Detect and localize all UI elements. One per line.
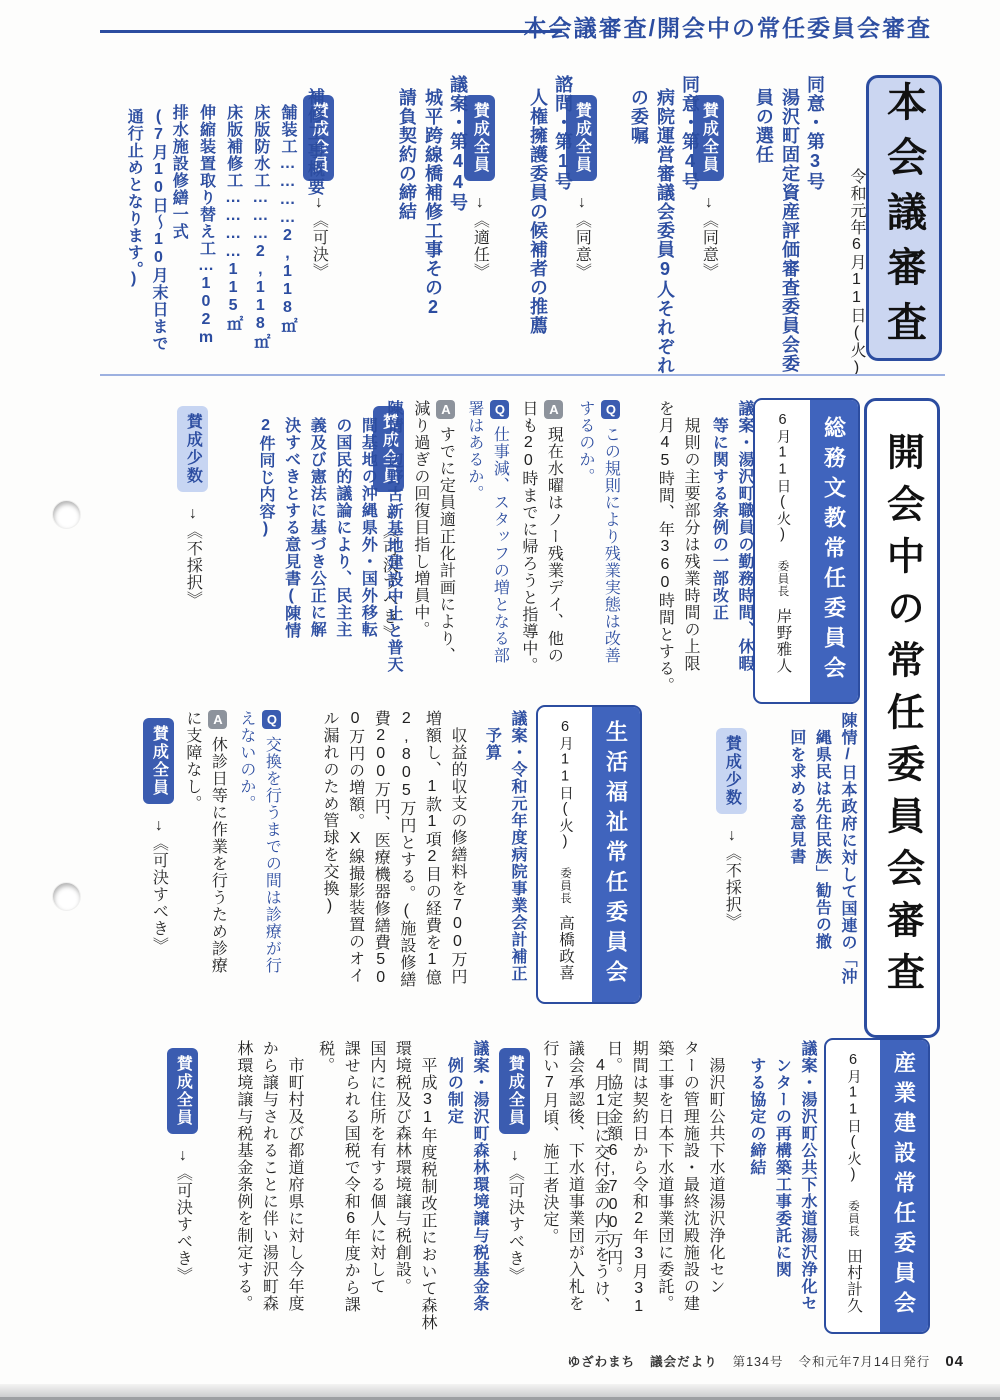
vote-block: 賛成全員↓《可決すべき》 xyxy=(143,718,200,954)
agenda-no: 同意・第4号 xyxy=(677,75,703,191)
committee-meta: 6月11日(火)委員長高橋政喜 xyxy=(538,707,592,1002)
vote-result: ↓《可決すべき》 xyxy=(150,817,167,954)
committee-meta: 6月11日(火)委員長岸野雅人 xyxy=(755,400,810,702)
hole-punch xyxy=(53,883,80,910)
chair-name: 高橋政喜 xyxy=(557,915,574,981)
body-paragraph: 収益的収支の修繕料を700万円 増額し、1款1項2目の経費を1億 2,805万円… xyxy=(316,710,470,988)
works-heading: 補修工事概要 xyxy=(301,88,328,196)
agenda-no: 諮問・第1号 xyxy=(550,75,576,191)
standing-section-title: 開会中の常任委員会審査 xyxy=(875,432,930,1004)
committee-name: 生活福祉常任委員会 xyxy=(601,720,632,990)
committee-name-bar: 総務文教常任委員会 xyxy=(810,400,858,702)
petition-title: 陳情/日本政府に対して国連の「沖 縄県民は先住民族」勧告の撤 回を求める意見書 xyxy=(783,712,860,985)
section-divider xyxy=(100,374,945,376)
standing-section-title-box: 開会中の常任委員会審査 xyxy=(864,398,940,1038)
a-marker-icon: A xyxy=(544,400,563,419)
body-paragraph: 湯沢町公共下水道湯沢浄化セン ターの管理施設・最終沈殿施設の建 築工事を日本下水… xyxy=(600,1040,728,1316)
committee-date: 6月11日(火) xyxy=(775,412,791,544)
body-paragraph: 市町村及び都道府県に対し今年度 から譲与されることに伴い湯沢町森 林環境譲与税基… xyxy=(230,1040,307,1312)
chair-label: 委員長 xyxy=(847,1200,859,1238)
committee-date: 6月11日(火) xyxy=(557,719,573,851)
topic-title: 議案・湯沢町公共下水道湯沢浄化セ ンターの再構築工事委託に関 する協定の締結 xyxy=(743,1040,820,1312)
q-marker-icon: Q xyxy=(490,400,509,419)
committee-date: 6月11日(火) xyxy=(845,1052,861,1184)
committee-meta-text: 6月11日(火)委員長高橋政喜 xyxy=(554,719,576,1002)
committee-header-seikatsu: 6月11日(火)委員長高橋政喜 生活福祉常任委員会 xyxy=(536,705,642,1004)
footer-brand: ゆざわまち xyxy=(568,1352,636,1370)
committee-header-sangyo: 6月11日(火)委員長田村計久 産業建設常任委員会 xyxy=(824,1038,930,1334)
agenda-subject: 病院運営審議会委員9人それぞれ の委嘱 xyxy=(626,88,678,375)
vote-badge: 賛成全員 xyxy=(499,1048,531,1134)
topic-title: 議案・湯沢町森林環境譲与税基金条 例の制定 xyxy=(441,1040,492,1312)
footer-issue: 第134号 xyxy=(733,1352,784,1370)
vote-block: 賛成全員↓《適任》 xyxy=(464,95,521,280)
vote-block: 賛成全員↓《可決すべき》 xyxy=(499,1048,556,1284)
petition-title: 陳情/辺野古新基地建設中止と普天 間基地の沖縄県外・国外移転 の国民的議論により… xyxy=(252,400,406,673)
a-marker-icon: A xyxy=(208,710,227,729)
agenda-no: 議案・第44号 xyxy=(445,75,471,212)
footer-publish-date: 令和元年7月14日発行 xyxy=(798,1352,930,1370)
vote-result: ↓《適任》 xyxy=(471,194,488,280)
a-marker-icon: A xyxy=(436,400,455,419)
plenary-section-title: 本会議審査 xyxy=(876,81,933,356)
plenary-date: 令和元年6月11日(火) xyxy=(845,168,866,377)
vote-result: ↓《同意》 xyxy=(700,194,717,280)
vote-result: ↓《可決すべき》 xyxy=(174,1147,191,1284)
chair-label: 委員長 xyxy=(559,867,571,905)
works-note: (7月10日〜10月末日まで 通行止めとなります。) xyxy=(120,108,170,352)
chair-label: 委員長 xyxy=(777,560,789,598)
vote-result: ↓《可決》 xyxy=(310,194,327,280)
newsletter-page: 本会議審査/開会中の常任委員会審査 本会議審査 令和元年6月11日(火) 同意・… xyxy=(0,0,1000,1400)
vote-block: 賛成全員↓《可決すべき》 xyxy=(167,1048,224,1284)
topic-title: 議案・湯沢町職員の勤務時間、休暇 等に関する条例の一部改正 xyxy=(706,400,757,672)
hole-punch xyxy=(53,501,80,528)
committee-name-bar: 産業建設常任委員会 xyxy=(880,1040,928,1332)
header-rule xyxy=(100,30,562,33)
page-header-title: 本会議審査/開会中の常任委員会審査 xyxy=(524,10,932,43)
vote-badge: 賛成少数 xyxy=(177,406,209,492)
works-lines: 舗装工…………2,118㎡ 床版防水工………2,118㎡ 床版補修工…………11… xyxy=(165,104,301,350)
vote-badge: 賛成全員 xyxy=(167,1048,199,1134)
footer-publication-name: 議会だより xyxy=(650,1352,718,1370)
committee-meta-text: 6月11日(火)委員長岸野雅人 xyxy=(772,412,794,702)
vote-block: 賛成少数↓《不採択》 xyxy=(716,728,773,930)
committee-name-bar: 生活福祉常任委員会 xyxy=(592,707,640,1002)
chair-name: 田村計久 xyxy=(845,1248,862,1314)
page-footer: ゆざわまち 議会だより 第134号 令和元年7月14日発行 04 xyxy=(568,1352,964,1370)
committee-name: 総務文教常任委員会 xyxy=(819,416,850,686)
agenda-no: 同意・第3号 xyxy=(802,75,828,191)
body-paragraph: 規則の主要部分は残業時間の上限 を月45時間、年360時間とする。 xyxy=(652,400,703,694)
vote-block: 賛成少数↓《不採択》 xyxy=(177,406,234,608)
footer-page-number: 04 xyxy=(945,1353,964,1370)
chair-name: 岸野雅人 xyxy=(775,608,792,674)
vote-result: ↓《可決すべき》 xyxy=(506,1147,523,1284)
q-marker-icon: Q xyxy=(601,400,620,419)
q-marker-icon: Q xyxy=(262,710,281,729)
committee-meta: 6月11日(火)委員長田村計久 xyxy=(826,1040,880,1332)
vote-result: ↓《不採択》 xyxy=(184,505,201,608)
topic-title: 議案・令和元年度病院事業会計補正 予算 xyxy=(479,710,530,982)
plenary-section-title-box: 本会議審査 xyxy=(866,75,942,361)
vote-badge: 賛成全員 xyxy=(143,718,175,804)
committee-meta-text: 6月11日(火)委員長田村計久 xyxy=(842,1052,864,1332)
agenda-subject: 城平跨線橋補修工事その2 請負契約の締結 xyxy=(394,88,446,318)
body-paragraph: 平成31年度税制改正において森林 環境税及び森林環境譲与税創設。 国内に住所を有… xyxy=(312,1040,440,1331)
committee-name: 産業建設常任委員会 xyxy=(889,1051,920,1321)
committee-header-soumu: 6月11日(火)委員長岸野雅人 総務文教常任委員会 xyxy=(753,398,860,704)
vote-result: ↓《同意》 xyxy=(573,194,590,280)
vote-badge: 賛成少数 xyxy=(716,728,748,814)
agenda-subject: 湯沢町固定資産評価審査委員会委 員の選任 xyxy=(751,88,803,373)
vote-result: ↓《不採択》 xyxy=(723,827,740,930)
agenda-subject: 人権擁護委員の候補者の推薦 xyxy=(525,88,551,335)
